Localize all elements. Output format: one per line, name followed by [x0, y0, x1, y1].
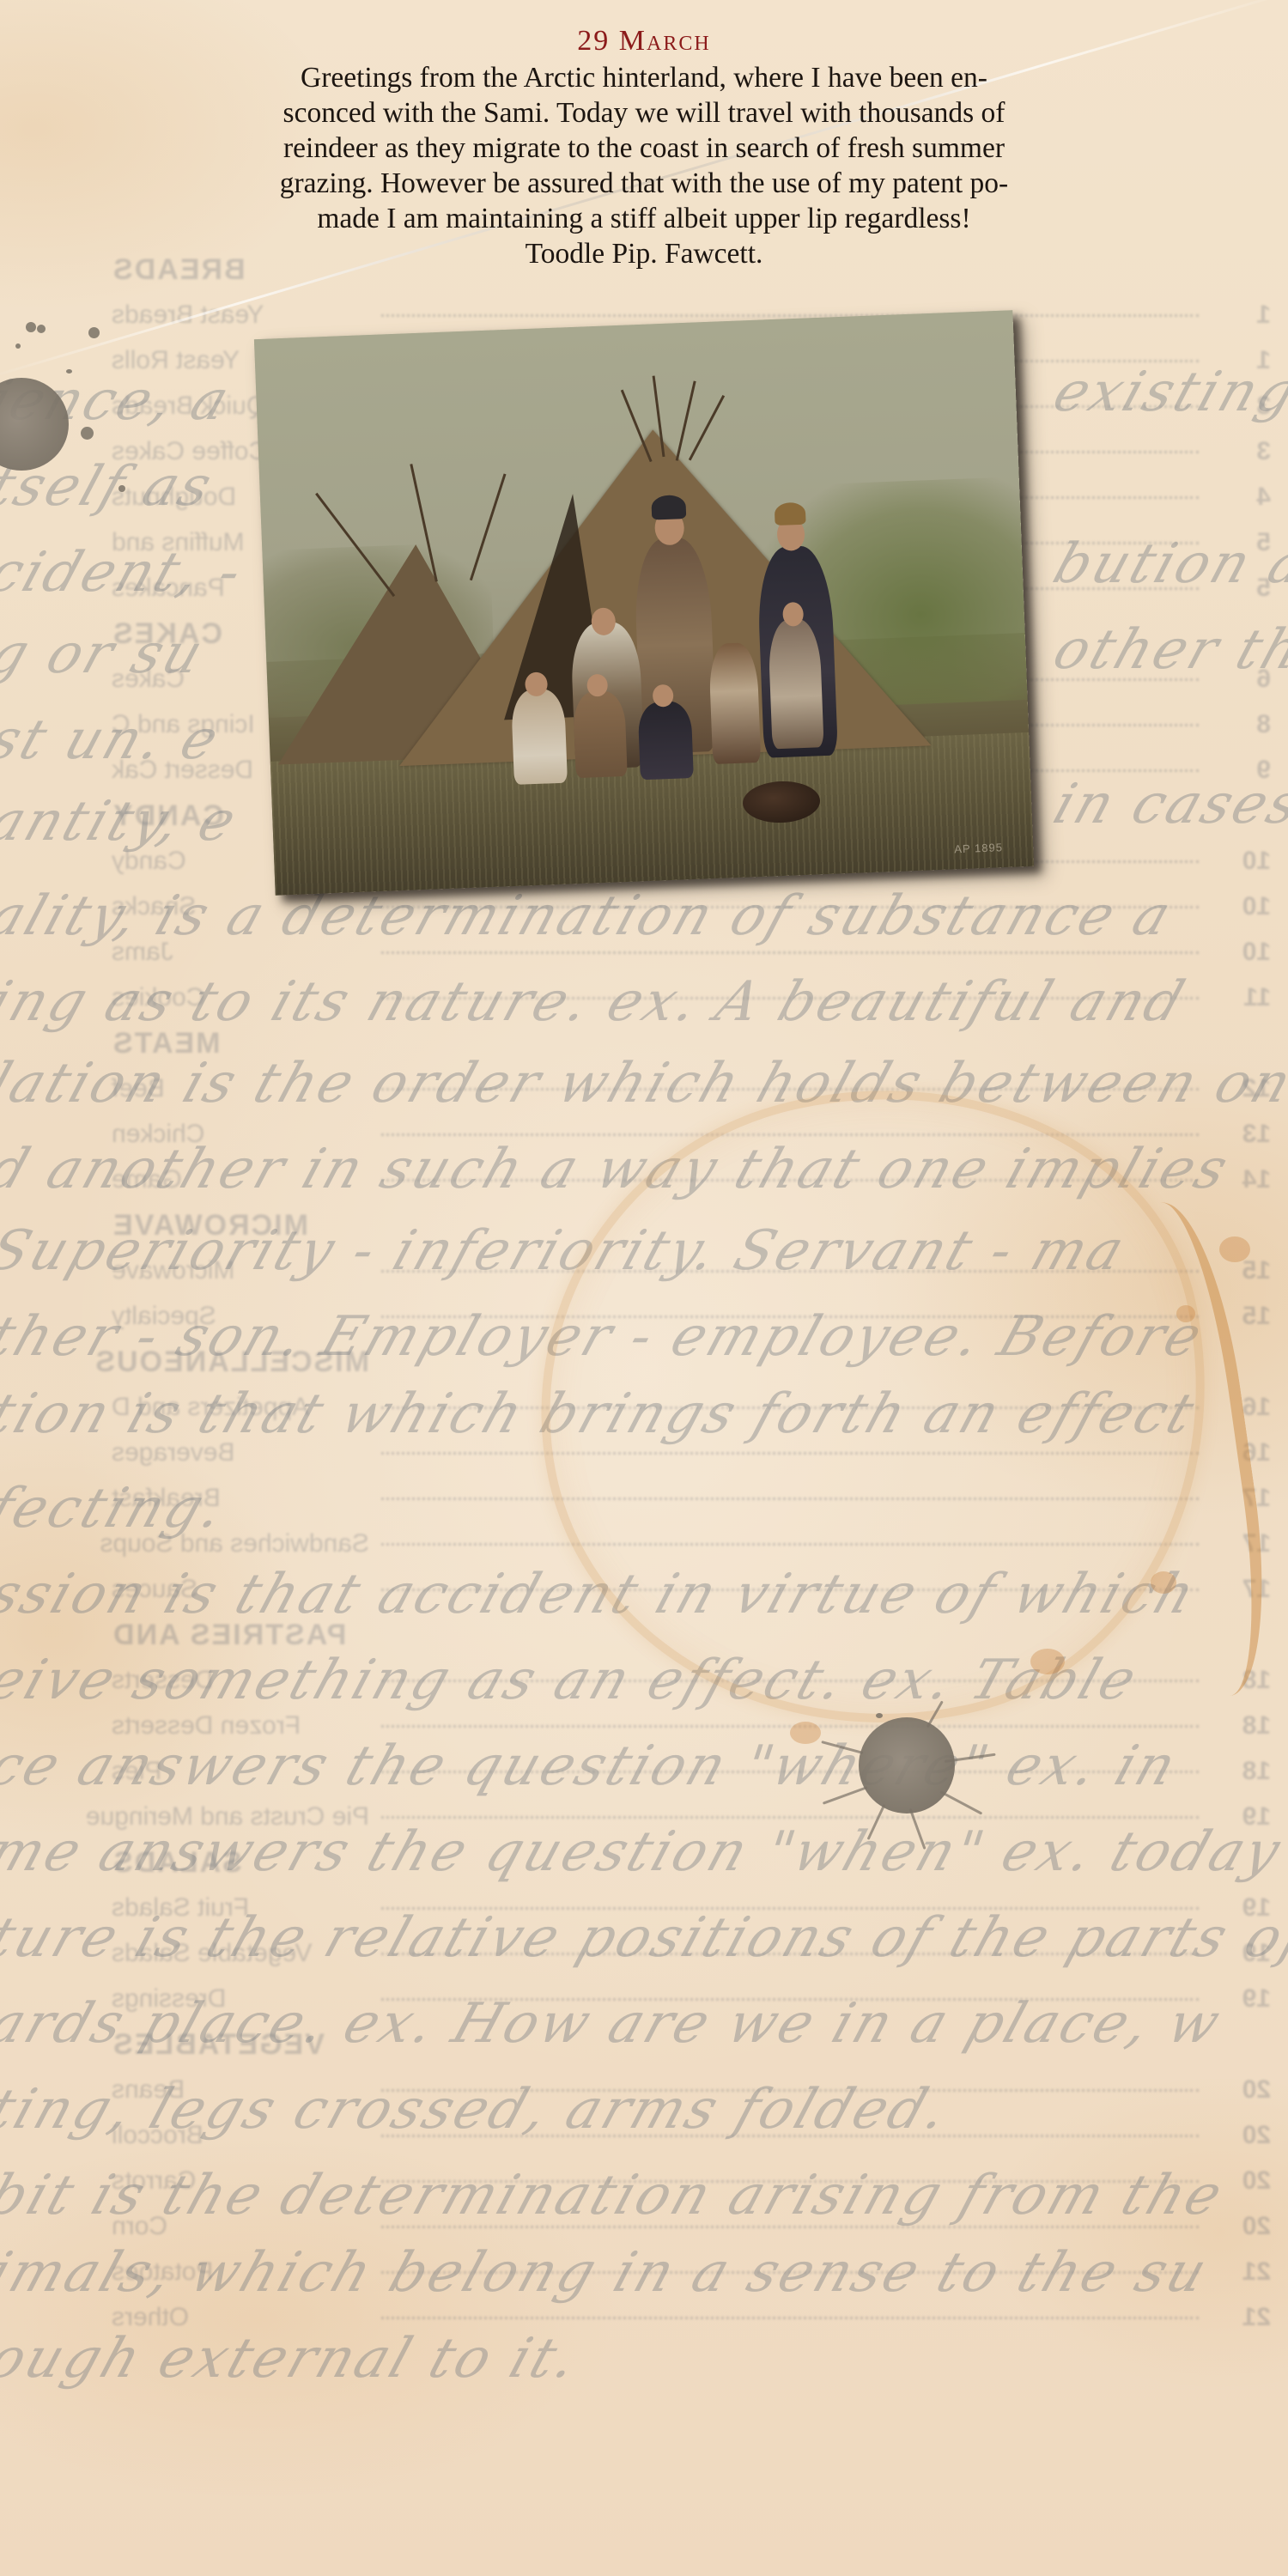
- background-menu-label: Fruit Salads: [94, 1893, 369, 1923]
- background-menu-row: 19Fruit Salads: [94, 1887, 1288, 1929]
- ink-splatter-ray: [909, 1808, 927, 1850]
- background-menu-row: SALADS: [94, 1842, 1288, 1883]
- background-menu-label: SALADS: [94, 1846, 369, 1880]
- background-menu-label: MISCELLANEOUS: [94, 1346, 369, 1379]
- background-menu-page: 15: [1211, 1256, 1288, 1285]
- background-menu-leader: [381, 1771, 1199, 1773]
- background-handwriting-line: imals, which belong in a sense to the su: [0, 2241, 1217, 2305]
- background-menu-label: PASTRIES AND: [94, 1619, 369, 1652]
- stain-spot: [1176, 1305, 1195, 1322]
- background-menu-row: VEGETABLES: [94, 2024, 1288, 2065]
- background-menu-page: 5: [1211, 528, 1288, 557]
- date-heading: 29 March: [0, 24, 1288, 58]
- background-menu-page: 10: [1211, 892, 1288, 921]
- background-menu-label: Desserts: [94, 1666, 369, 1695]
- background-menu-page: 18: [1211, 1711, 1288, 1741]
- message-line: sconced with the Sami. Today we will tra…: [197, 95, 1091, 131]
- background-handwriting-fragment: bution a: [1046, 532, 1288, 596]
- background-menu-leader: [381, 314, 1199, 317]
- background-menu-label: Beans: [94, 2075, 369, 2105]
- background-menu-page: 13: [1211, 1120, 1288, 1149]
- background-menu-row: 20Beans: [94, 2069, 1288, 2111]
- background-menu-leader: [381, 1953, 1199, 1955]
- background-handwriting-fragment: in cases: [1046, 773, 1288, 836]
- background-menu-leader: [381, 1998, 1199, 2001]
- background-menu-page: 19: [1211, 1802, 1288, 1832]
- message-line: reindeer as they migrate to the coast in…: [197, 131, 1091, 166]
- background-handwriting-line: antity, e: [0, 790, 246, 854]
- stain-spot: [1151, 1571, 1176, 1594]
- background-menu-row: 19Dressings: [94, 1978, 1288, 2020]
- background-menu-page: 14: [1211, 1165, 1288, 1194]
- background-menu-leader: [381, 1816, 1199, 1819]
- ink-splat: [15, 343, 21, 349]
- signoff: Toodle Pip. Fawcett.: [197, 236, 1091, 271]
- photo-figure-cradle: [708, 642, 761, 764]
- background-handwriting-line: ce answers the question "where" ex. in: [0, 1735, 1186, 1798]
- ink-splat: [88, 327, 100, 338]
- background-menu-label: VEGETABLES: [94, 2028, 369, 2062]
- background-menu-label: Beverages: [94, 1438, 369, 1467]
- background-menu-row: 18Pies: [94, 1751, 1288, 1792]
- ink-splat: [118, 485, 125, 492]
- background-menu-leader: [381, 1907, 1199, 1910]
- background-menu-page: 19: [1211, 1939, 1288, 1968]
- letter: 29 March Greetings from the Arctic hinte…: [0, 0, 1288, 271]
- background-menu-page: 5: [1211, 574, 1288, 603]
- photo-figure-child: [573, 690, 628, 778]
- photo-image: AP 1895: [254, 310, 1034, 895]
- background-menu-page: 6: [1211, 665, 1288, 694]
- background-menu-label: MEATS: [94, 1027, 369, 1060]
- background-menu-leader: [381, 997, 1199, 999]
- background-menu-page: 12: [1211, 1074, 1288, 1103]
- background-menu-page: 3: [1211, 437, 1288, 466]
- background-menu-row: 19Pie Crusts and Meringue: [94, 1796, 1288, 1838]
- background-menu-leader: [381, 2317, 1199, 2319]
- ink-splat: [876, 1713, 883, 1718]
- background-menu-page: 19: [1211, 1984, 1288, 2014]
- background-menu-leader: [381, 2089, 1199, 2092]
- background-menu-page: 21: [1211, 2303, 1288, 2332]
- background-menu-row: 20Carrots: [94, 2160, 1288, 2202]
- photo-figure-child: [768, 618, 824, 749]
- background-menu-page: 10: [1211, 938, 1288, 967]
- background-menu-label: Pie Crusts and Meringue: [94, 1802, 369, 1832]
- background-menu-row: 10Snacks: [94, 886, 1288, 927]
- stain-spot: [1030, 1649, 1065, 1674]
- ink-splatter-ray: [939, 1790, 982, 1814]
- background-menu-label: MICROWAVE: [94, 1209, 369, 1242]
- ink-blot-lower: [859, 1717, 955, 1814]
- background-menu-row: 12Beef: [94, 1068, 1288, 1109]
- background-handwriting-line: st un. e: [0, 708, 228, 772]
- background-menu-label: Jams: [94, 938, 369, 967]
- background-menu-label: Potatoes: [94, 2257, 369, 2287]
- background-menu-label: Corn: [94, 2212, 369, 2241]
- background-menu-leader: [381, 2271, 1199, 2274]
- background-menu-page: 1: [1211, 346, 1288, 375]
- background-menu-leader: [381, 2180, 1199, 2183]
- background-menu-page: 10: [1211, 847, 1288, 876]
- background-handwriting-fragment: other the: [1046, 618, 1288, 682]
- photo-figure-child: [511, 689, 568, 785]
- background-handwriting-line: lation is the order which holds between …: [0, 1052, 1288, 1115]
- background-menu-row: 21Others: [94, 2297, 1288, 2338]
- background-menu-label: Frozen Desserts: [94, 1711, 369, 1741]
- background-handwriting-line: me answers the question "when" ex. today: [0, 1820, 1288, 1884]
- background-handwriting-line: bit is the determination arising from th…: [0, 2164, 1232, 2227]
- ink-splatter-ray: [821, 1741, 863, 1754]
- background-menu-row: 19Vegetable Salads: [94, 1933, 1288, 1974]
- photo-corner-mark: AP 1895: [954, 841, 1003, 855]
- background-menu-label: Sandwiches and Soups: [94, 1529, 369, 1558]
- background-menu-row: 20Broccoli: [94, 2115, 1288, 2156]
- background-menu-leader: [381, 2226, 1199, 2228]
- background-menu-row: 10Jams: [94, 932, 1288, 973]
- background-handwriting-line: ting, legs crossed, arms folded.: [0, 2078, 957, 2142]
- background-menu-label: Appetizers and D: [94, 1393, 369, 1422]
- background-menu-page: 20: [1211, 2121, 1288, 2150]
- background-handwriting-line: g or su: [0, 623, 213, 686]
- background-menu-label: Vegetable Salads: [94, 1939, 369, 1968]
- background-menu-page: 8: [1211, 710, 1288, 739]
- stain-spot: [790, 1722, 821, 1744]
- background-menu-page: 19: [1211, 1893, 1288, 1923]
- background-handwriting-line: ing as to its nature. ex. A beautiful an…: [0, 970, 1194, 1034]
- background-handwriting-line: cident, -: [0, 541, 252, 605]
- background-menu-page: 3: [1211, 392, 1288, 421]
- background-menu-label: Microwave: [94, 1256, 369, 1285]
- letter-message: Greetings from the Arctic hinterland, wh…: [197, 60, 1091, 271]
- background-menu-label: Pies: [94, 1757, 369, 1786]
- message-line: grazing. However be assured that with th…: [197, 166, 1091, 201]
- background-menu-page: 20: [1211, 2166, 1288, 2196]
- background-menu-leader: [381, 1862, 1199, 1864]
- background-menu-leader: [381, 2044, 1199, 2046]
- background-handwriting-line: ards place. ex. How are we in a place, w: [0, 1992, 1230, 2056]
- background-handwriting-line: ough external to it.: [0, 2327, 587, 2391]
- message-line: made I am maintaining a stiff albeit upp…: [197, 201, 1091, 236]
- background-menu-page: 11: [1211, 983, 1288, 1012]
- background-menu-leader: [381, 1088, 1199, 1091]
- background-menu-row: 18Frozen Desserts: [94, 1705, 1288, 1747]
- background-handwriting-fragment: existing: [1046, 361, 1288, 424]
- background-menu-leader: [381, 951, 1199, 954]
- background-menu-label: Snacks: [94, 892, 369, 921]
- background-menu-page: 18: [1211, 1757, 1288, 1786]
- background-menu-label: Beef: [94, 1074, 369, 1103]
- ink-splat: [66, 369, 72, 374]
- background-handwriting-line: ality, is a determination of substance a: [0, 884, 1181, 948]
- photo-figure-hat: [651, 495, 686, 520]
- background-handwriting-line: ture is the relative positions of the pa…: [0, 1906, 1288, 1970]
- message-line: Greetings from the Arctic hinterland, wh…: [197, 60, 1091, 95]
- background-handwriting-line: fecting.: [0, 1477, 234, 1540]
- background-menu-leader: [381, 1042, 1199, 1045]
- photo-figure-child: [637, 701, 693, 780]
- background-menu-label: Cookies: [94, 983, 369, 1012]
- background-menu-page: 4: [1211, 483, 1288, 512]
- background-menu-label: Sauces: [94, 1575, 369, 1604]
- background-menu-leader: [381, 1725, 1199, 1728]
- background-menu-row: 11Cookies: [94, 977, 1288, 1018]
- background-menu-page: 21: [1211, 2257, 1288, 2287]
- background-menu-label: Carrots: [94, 2166, 369, 2196]
- background-menu-label: Broccoli: [94, 2121, 369, 2150]
- ink-splatter-ray: [867, 1804, 886, 1840]
- photo-figure-hat: [775, 502, 806, 526]
- ink-splatter-ray: [823, 1786, 868, 1805]
- ink-splat: [26, 322, 36, 332]
- background-menu-label: Dressings: [94, 1984, 369, 2014]
- background-menu-label: Specialty: [94, 1302, 369, 1331]
- ink-blot-left: [0, 378, 69, 471]
- background-menu-page: 9: [1211, 756, 1288, 785]
- background-menu-page: 20: [1211, 2075, 1288, 2105]
- background-menu-leader: [381, 906, 1199, 908]
- background-menu-label: Breakfast: [94, 1484, 369, 1513]
- background-menu-row: MEATS: [94, 1023, 1288, 1064]
- background-menu-label: Chicken: [94, 1120, 369, 1149]
- background-menu-row: 20Corn: [94, 2206, 1288, 2247]
- background-menu-page: 20: [1211, 2212, 1288, 2241]
- background-menu-leader: [381, 2135, 1199, 2137]
- stain-spot: [1219, 1236, 1250, 1262]
- ink-splat: [81, 427, 94, 440]
- sami-family-photo: AP 1895: [254, 310, 1034, 895]
- background-menu-page: 1: [1211, 301, 1288, 330]
- background-menu-label: Game: [94, 1165, 369, 1194]
- ink-splat: [37, 325, 46, 333]
- background-menu-label: Others: [94, 2303, 369, 2332]
- background-menu-row: 21Potatoes: [94, 2251, 1288, 2293]
